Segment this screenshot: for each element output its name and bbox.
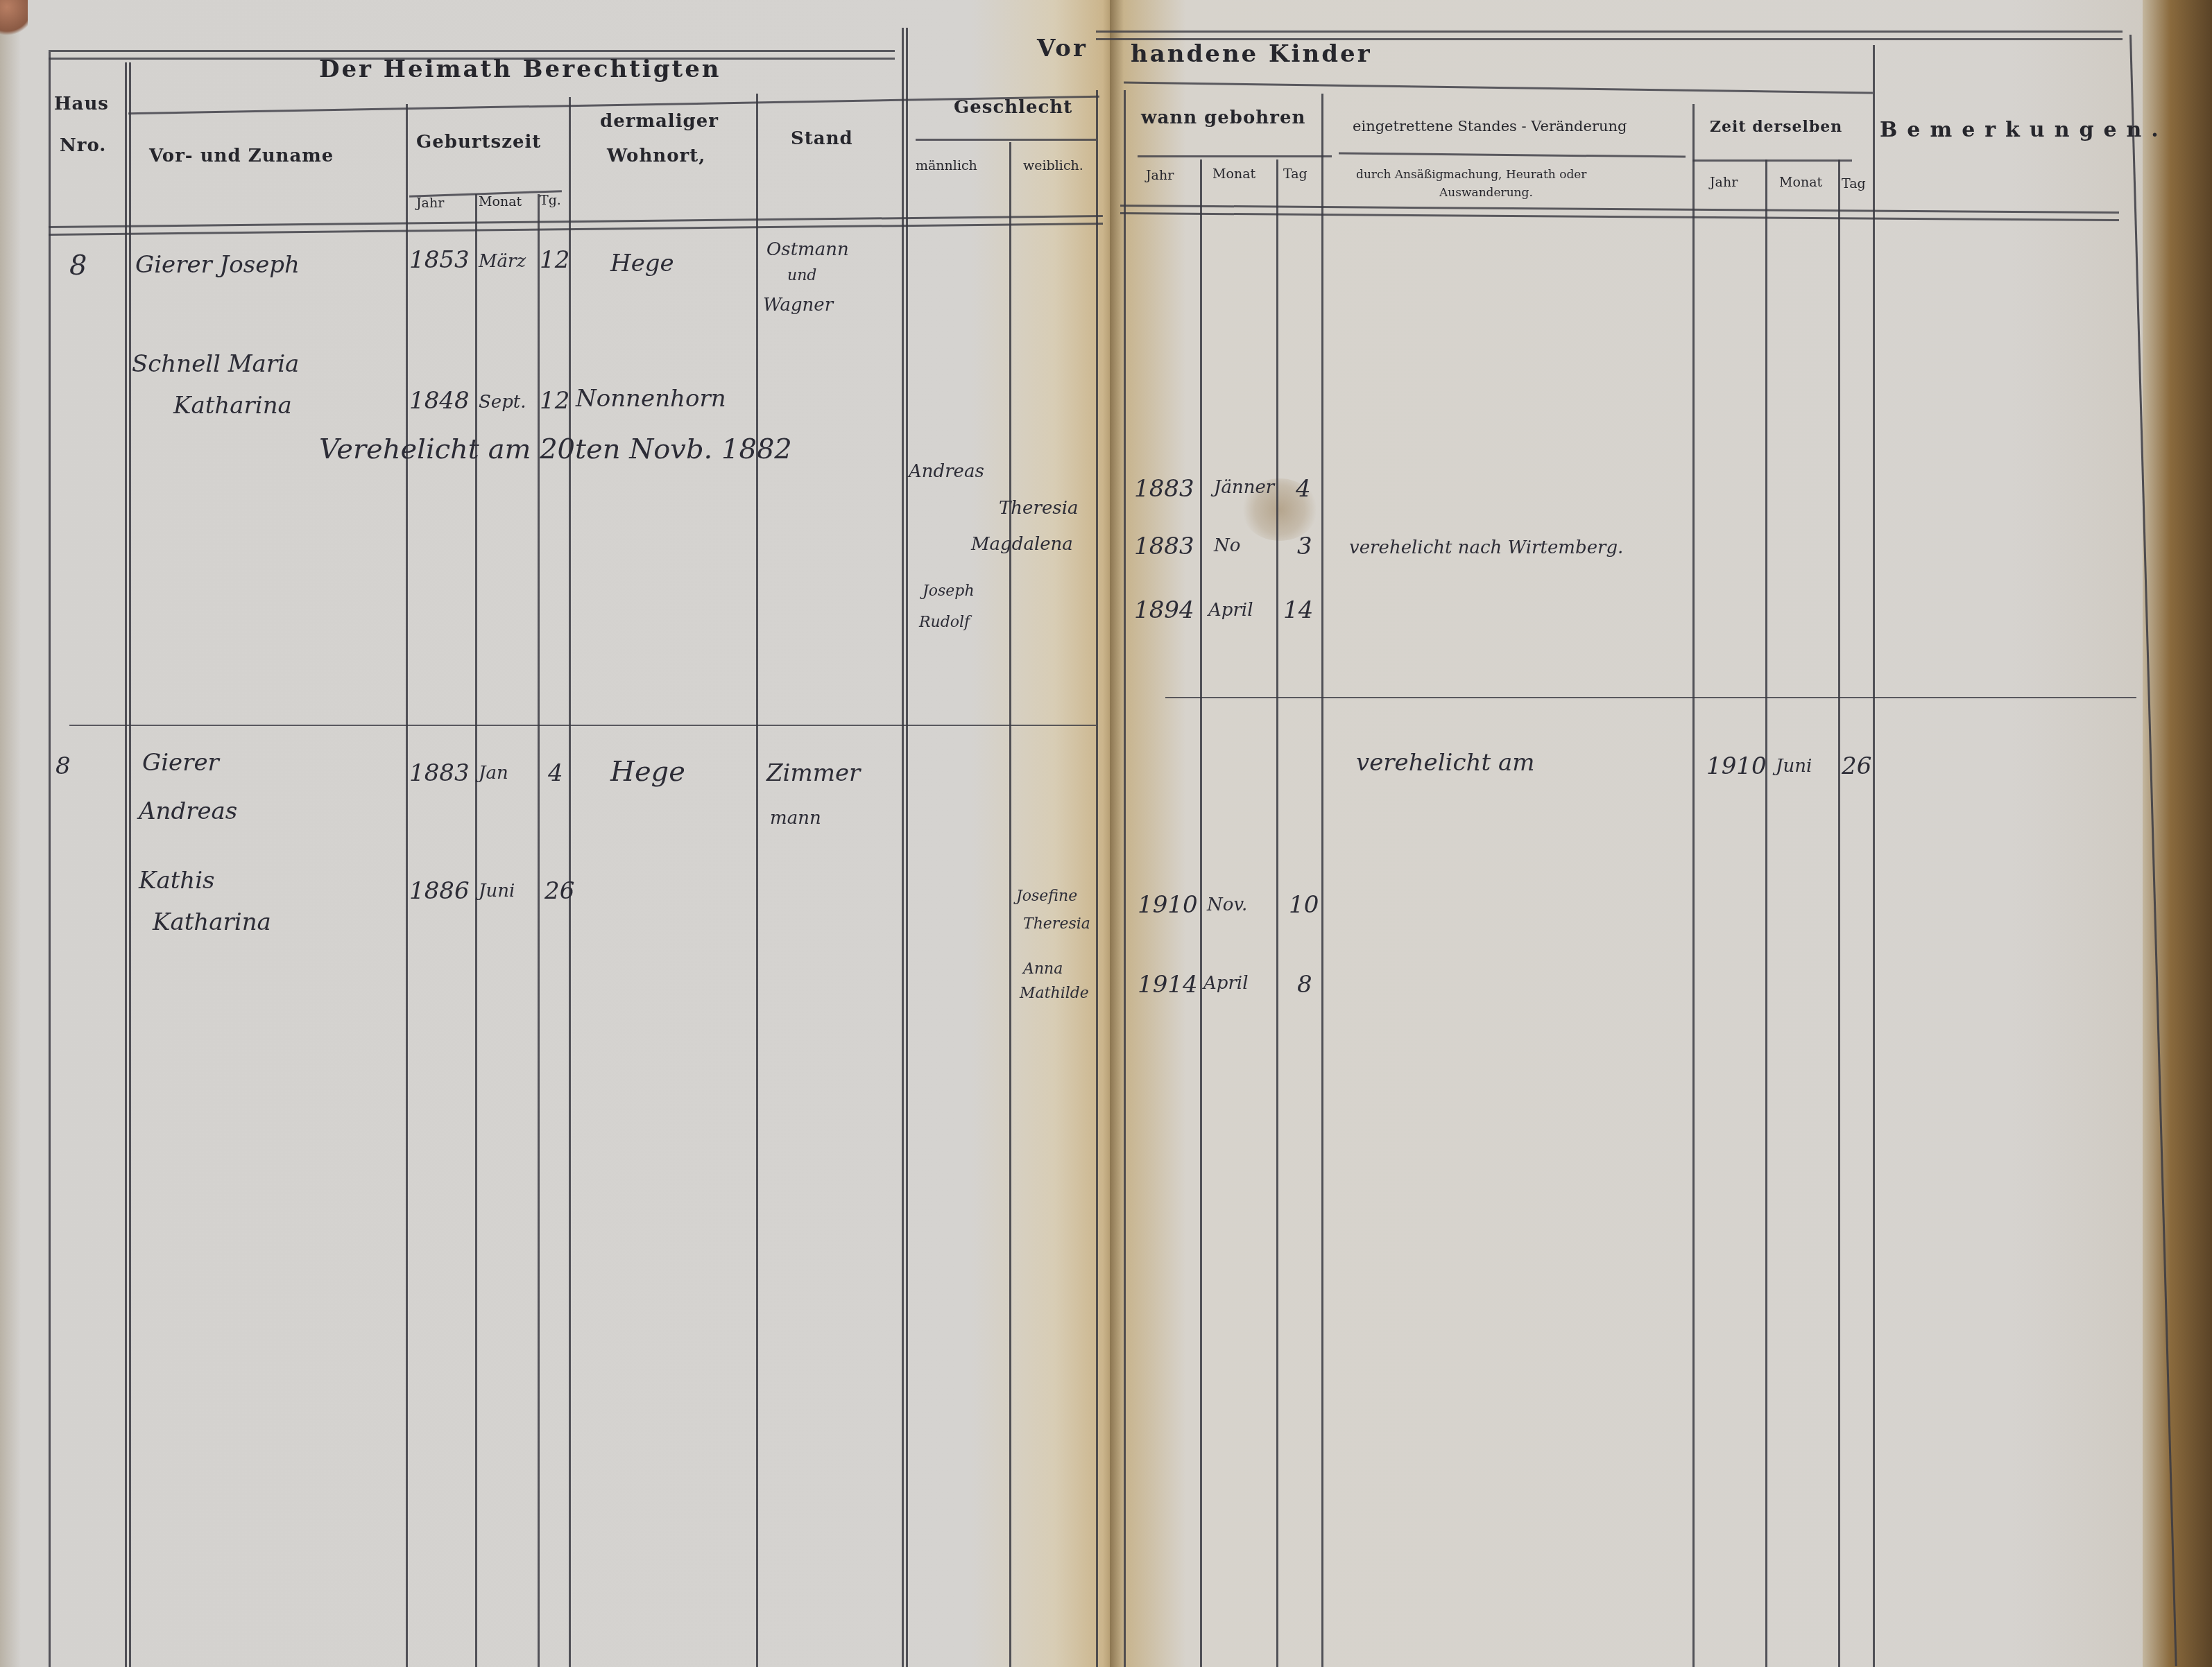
entry2-child2-year: 1914 xyxy=(1138,971,1198,999)
header-stand: Stand xyxy=(791,128,853,149)
header-zeit-jahr: Jahr xyxy=(1710,175,1738,190)
header-geburtszeit-tag: Tg. xyxy=(540,193,561,208)
entry1-wife-day: 12 xyxy=(540,387,569,415)
header-zeit-tag: Tag xyxy=(1842,176,1866,191)
header-kind-jahr: Jahr xyxy=(1146,168,1174,183)
entry2-wife-name-2: Katharina xyxy=(153,908,271,936)
col-rule xyxy=(906,28,908,1667)
header-geburtszeit-monat: Monat xyxy=(479,194,522,209)
entry1-husband-month: März xyxy=(479,251,526,272)
entry2-child2-name-1: Anna xyxy=(1023,960,1063,978)
entry2-husband-name-1: Gierer xyxy=(142,749,219,777)
header-geburtszeit: Geburtszeit xyxy=(416,132,541,153)
col-rule xyxy=(1765,159,1767,1667)
entry2-stand-2: mann xyxy=(770,808,821,829)
entry2-child1-name-1: Josefine xyxy=(1016,888,1077,905)
entry2-change-year: 1910 xyxy=(1706,752,1767,780)
header-top-rule-right xyxy=(1096,31,2123,40)
col-rule xyxy=(538,194,540,1667)
entry1-child2-name-1: Theresia xyxy=(999,498,1078,519)
entry1-child3-month: April xyxy=(1208,600,1253,621)
entry1-child2-month: No xyxy=(1214,535,1240,556)
header-wann-gebohren: wann gebohren xyxy=(1141,107,1305,128)
col-rule xyxy=(1838,159,1840,1667)
entry1-child2-day: 3 xyxy=(1297,533,1312,560)
entry2-haus-nro: 8 xyxy=(55,752,71,780)
right-page xyxy=(1110,0,2150,1667)
entry1-child3-name-1: Joseph xyxy=(923,582,975,600)
header-kind-monat: Monat xyxy=(1212,166,1255,182)
entry1-husband-day: 12 xyxy=(540,246,569,274)
header-weiblich: weiblich. xyxy=(1023,158,1083,173)
entry2-child1-year: 1910 xyxy=(1138,891,1198,919)
header-bemerkungen: Bemerkungen. xyxy=(1880,118,2168,142)
entry1-child1-year: 1883 xyxy=(1134,475,1194,503)
entry1-husband-name: Gierer Joseph xyxy=(135,251,300,279)
entry-separator-left xyxy=(69,725,1096,726)
entry2-husband-month: Jan xyxy=(479,763,508,784)
entry2-change-month: Juni xyxy=(1776,756,1812,777)
entry2-husband-day: 4 xyxy=(548,759,563,787)
title-vor-prefix: Vor xyxy=(1037,35,1088,62)
entry1-husband-year: 1853 xyxy=(409,246,470,274)
zeit-sub-rule xyxy=(1692,159,1852,162)
col-rule xyxy=(1276,159,1278,1667)
finger-corner xyxy=(0,0,28,42)
entry1-child1-month: Jänner xyxy=(1214,477,1274,498)
entry2-child2-name-2: Mathilde xyxy=(1020,985,1089,1002)
header-geschlecht: Geschlecht xyxy=(954,97,1072,118)
entry2-wife-year: 1886 xyxy=(409,877,470,905)
header-maennlich: männlich xyxy=(916,158,977,173)
col-rule xyxy=(129,62,131,1667)
header-haus: Haus xyxy=(54,94,109,114)
col-rule xyxy=(475,194,477,1667)
entry1-wife-year: 1848 xyxy=(409,387,470,415)
entry1-child3-year: 1894 xyxy=(1134,596,1194,624)
col-rule xyxy=(1124,90,1126,1667)
col-rule xyxy=(1200,159,1202,1667)
col-rule xyxy=(1321,94,1323,1667)
entry1-marriage-note: Verehelicht am 20ten Novb. 1882 xyxy=(319,433,792,465)
entry1-child2-name-2: Magdalena xyxy=(971,534,1073,555)
geschlecht-sub-rule xyxy=(916,139,1096,141)
entry1-wife-wohnort: Nonnenhorn xyxy=(576,385,726,413)
header-geburtszeit-jahr: Jahr xyxy=(416,196,444,211)
header-vor-und-zuname: Vor- und Zuname xyxy=(149,146,334,166)
entry2-child1-day: 10 xyxy=(1289,891,1319,919)
header-zeit-monat: Monat xyxy=(1779,175,1822,190)
entry1-stand-1: Ostmann xyxy=(766,239,849,260)
entry1-wohnort: Hege xyxy=(610,250,674,277)
entry-separator-right xyxy=(1165,697,2136,698)
entry1-child3-day: 14 xyxy=(1283,596,1313,624)
open-register-book: Der Heimath Berechtigten Haus Nro. Vor- … xyxy=(0,0,2212,1667)
header-wohnort: Wohnort, xyxy=(607,146,705,166)
entry1-child3-name-2: Rudolf xyxy=(919,614,970,631)
header-veraenderung-sub1: durch Ansäßigmachung, Heurath oder xyxy=(1356,168,1587,182)
entry1-stand-3: Wagner xyxy=(763,295,833,316)
col-rule xyxy=(1692,104,1695,1667)
header-standes-veraenderung: eingetrettene Standes - Veränderung xyxy=(1353,118,1627,135)
col-rule xyxy=(902,28,904,1667)
header-kind-tag: Tag xyxy=(1283,166,1308,182)
header-nro: Nro. xyxy=(60,135,106,156)
entry1-child1-name: Andreas xyxy=(909,461,984,482)
entry2-wife-month: Juni xyxy=(479,881,515,901)
entry2-child1-name-2: Theresia xyxy=(1023,915,1090,933)
entry2-change-day: 26 xyxy=(1842,752,1871,780)
col-rule xyxy=(1009,142,1011,1667)
entry1-child2-change: verehelicht nach Wirtemberg. xyxy=(1349,537,1623,558)
entry1-wife-month: Sept. xyxy=(479,392,526,413)
entry2-wife-day: 26 xyxy=(545,877,574,905)
entry2-child2-month: April xyxy=(1203,973,1248,994)
entry2-husband-year: 1883 xyxy=(409,759,470,787)
title-heimath-berechtigten: Der Heimath Berechtigten xyxy=(319,55,721,83)
col-rule xyxy=(756,94,758,1667)
wann-sub-rule xyxy=(1138,155,1332,157)
header-veraenderung-sub2: Auswanderung. xyxy=(1439,186,1533,200)
col-rule xyxy=(406,104,408,1667)
entry1-wife-name-2: Katharina xyxy=(173,392,292,420)
entry2-stand-1: Zimmer xyxy=(766,759,860,787)
col-rule xyxy=(49,52,51,1667)
header-zeit-derselben: Zeit derselben xyxy=(1710,118,1842,136)
entry2-child2-day: 8 xyxy=(1297,971,1312,999)
col-rule xyxy=(1096,90,1098,1667)
col-rule xyxy=(1873,45,1875,1667)
title-vorhandene-kinder: handene Kinder xyxy=(1131,40,1372,68)
entry1-child2-year: 1883 xyxy=(1134,533,1194,560)
entry2-child1-month: Nov. xyxy=(1207,895,1247,915)
entry1-haus-nro: 8 xyxy=(69,250,87,282)
entry1-wife-name-1: Schnell Maria xyxy=(132,350,299,378)
entry2-wohnort: Hege xyxy=(610,756,685,788)
col-rule xyxy=(125,62,127,1667)
entry2-wife-name-1: Kathis xyxy=(139,867,215,895)
header-dermaliger: dermaliger xyxy=(600,111,719,132)
entry2-husband-name-2: Andreas xyxy=(139,797,237,825)
entry1-child1-day: 4 xyxy=(1296,475,1311,503)
entry1-stand-2: und xyxy=(787,267,816,284)
entry2-change: verehelicht am xyxy=(1356,749,1534,777)
